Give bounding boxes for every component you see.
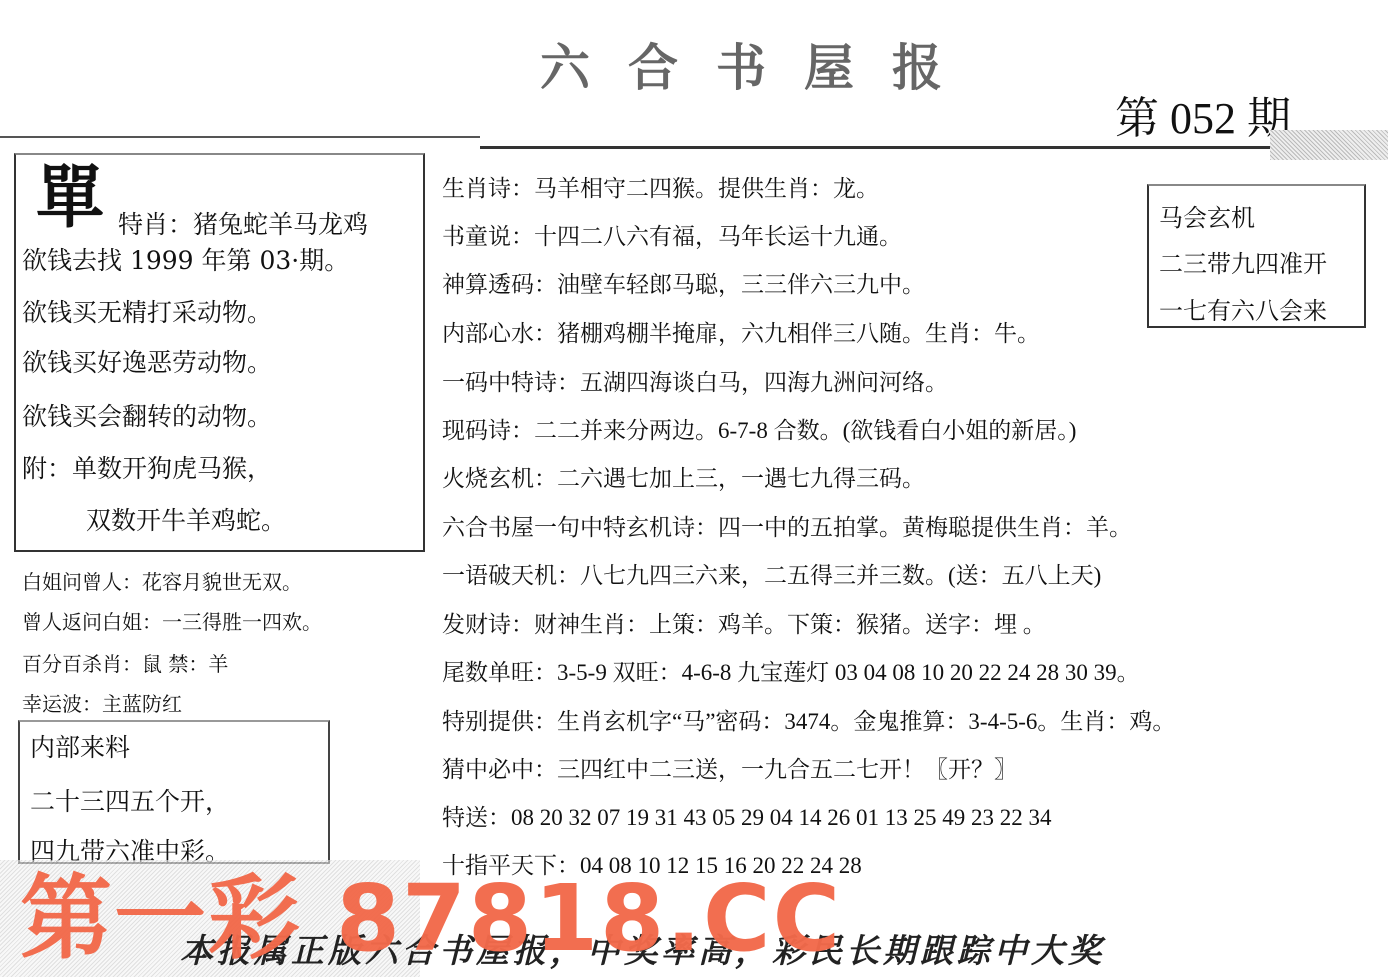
main-line: 猜中必中：三四红中二三送，一九合五二七开！〖开？〗 [442, 751, 1017, 784]
side-note: 幸运波：主蓝防红 [22, 688, 182, 717]
main-line: 六合书屋一句中特玄机诗：四一中的五拍掌。黄梅聪提供生肖：羊。 [442, 509, 1132, 542]
inside-info-line: 二十三四五个开， [30, 782, 230, 818]
left-box-line: 附：单数开狗虎马猴， [22, 449, 272, 485]
left-box-line: 欲钱去找 1999 年第 03·期。 [22, 241, 349, 277]
mahui-line: 二三带九四准开 [1159, 244, 1327, 279]
main-line: 书童说：十四二八六有福，马年长运十九通。 [442, 218, 902, 251]
mahui-line: 一七有六八会来 [1159, 291, 1327, 326]
main-line: 特别提供：生肖玄机字“马”密码：3474。金鬼推算：3-4-5-6。生肖：鸡。 [442, 703, 1175, 736]
main-line: 神算透码：油壁车轻郎马聪，三三伴六三九中。 [442, 266, 925, 299]
main-line: 发财诗：财神生肖：上策：鸡羊。下策：猴猪。送字：埋 。 [442, 606, 1046, 639]
mahui-line: 马会玄机 [1159, 198, 1255, 233]
left-box-line: 双数开牛羊鸡蛇。 [86, 501, 286, 537]
main-line: 尾数单旺：3-5-9 双旺：4-6-8 九宝莲灯 03 04 08 10 20 … [442, 654, 1140, 687]
inside-info-title: 内部来料 [30, 728, 130, 764]
special-zodiac-line: 特肖：猪兔蛇羊马龙鸡 [118, 205, 368, 241]
side-note: 曾人返问白姐：一三得胜一四欢。 [22, 606, 322, 635]
site-watermark: 第一彩 87818.CC [20, 845, 842, 977]
main-line: 生肖诗：马羊相守二四猴。提供生肖：龙。 [442, 170, 879, 203]
special-zodiac-box: 單 特肖：猪兔蛇羊马龙鸡 欲钱去找 1999 年第 03·期。 欲钱买无精打采动… [14, 153, 425, 552]
main-line: 现码诗：二二并来分两边。6-7-8 合数。(欲钱看白小姐的新居。) [442, 412, 1076, 445]
newspaper-title: 六合书屋报 [540, 28, 980, 100]
inside-info-box: 内部来料 二十三四五个开， 四九带六准中彩。 [18, 720, 330, 864]
issue-number: 第 052 期 [1115, 82, 1291, 146]
main-line: 特送：08 20 32 07 19 31 43 05 29 04 14 26 0… [442, 799, 1052, 832]
main-line: 一语破天机：八七九四三六来，二五得三并三数。(送：五八上天) [442, 557, 1101, 590]
main-line: 一码中特诗：五湖四海谈白马，四海九洲问河络。 [442, 364, 948, 397]
left-box-line: 欲钱买会翻转的动物。 [22, 397, 272, 433]
header-divider-left [0, 136, 480, 138]
main-line: 内部心水：猪棚鸡棚半掩扉，六九相伴三八随。生肖：牛。 [442, 315, 1040, 348]
header-divider-right [480, 146, 1280, 149]
mahui-mystery-box: 马会玄机 二三带九四准开 一七有六八会来 [1147, 184, 1366, 328]
single-character-badge: 單 [36, 165, 104, 233]
main-line: 火烧玄机：二六遇七加上三，一遇七九得三码。 [442, 460, 925, 493]
left-box-line: 欲钱买好逸恶劳动物。 [22, 343, 272, 379]
left-box-line: 欲钱买无精打采动物。 [22, 293, 272, 329]
scan-shading [1270, 130, 1388, 160]
side-note: 百分百杀肖：鼠 禁：羊 [22, 648, 228, 677]
side-note: 白姐问曾人：花容月貌世无双。 [22, 566, 302, 595]
